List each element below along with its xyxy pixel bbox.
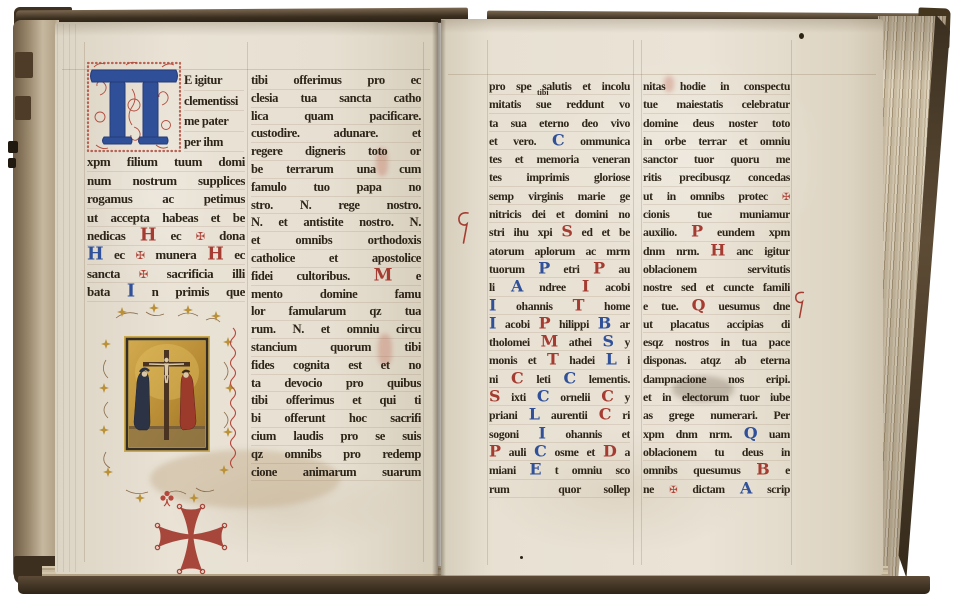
body-text: ta devocio pro quibus (251, 376, 421, 390)
body-text: scrip (752, 482, 790, 496)
body-text: disponas. atqz ab eterna (643, 353, 790, 367)
text-line: pro spe salutis et incolu (489, 77, 630, 95)
text-line: xpm dnm nrm. Q uam (643, 425, 790, 443)
body-text: ec (223, 247, 245, 262)
ruling-line (633, 40, 634, 565)
body-text: eundem xpm (703, 225, 790, 239)
illuminated-capital: H (207, 246, 223, 265)
clasp-strap-remnant (15, 96, 31, 120)
text-line: oblacionem tu deus in (643, 443, 790, 461)
body-text: tes et memoria veneran (489, 152, 630, 166)
illuminated-capital: H (87, 246, 103, 265)
body-text: lica quam pacificare. (251, 109, 421, 123)
illuminated-capital: P (691, 223, 703, 241)
text-line: per ihm (184, 132, 244, 153)
illuminated-capital: T (573, 297, 584, 315)
text-line: nedicas H ec ✠ dona (87, 227, 245, 246)
illuminated-capital: I (127, 283, 135, 302)
speck (799, 33, 804, 39)
illuminated-capital: P (538, 260, 550, 278)
text-line: rum. N. et omniu circu (251, 321, 421, 339)
illuminated-capital: P (489, 443, 501, 461)
body-text: etri (550, 262, 593, 276)
body-text: sanctor tuor quoru me (643, 152, 790, 166)
illuminated-capital: H (140, 227, 156, 246)
body-text: dnm nrm. (643, 244, 710, 258)
body-text: uam (757, 427, 790, 441)
body-text: ixti (500, 390, 537, 404)
illuminated-capital: S (561, 223, 572, 241)
body-text: aurentii (540, 408, 599, 422)
illuminated-capital: C (601, 388, 613, 406)
body-text: y (613, 390, 630, 404)
text-line: N. et antistite nostro. N. (251, 214, 421, 232)
red-cross-symbol: ✠ (139, 268, 148, 281)
body-text: leti (523, 372, 563, 386)
illuminated-capital: C (537, 388, 549, 406)
body-text: e tue. (643, 299, 692, 313)
body-text: cionis tue muniamur (643, 207, 790, 221)
illuminated-capital: S (489, 388, 500, 406)
illuminated-capital: I (489, 297, 496, 315)
illuminated-capital: Q (744, 425, 757, 443)
text-line: dampnacione nos eripi. (643, 370, 790, 388)
text-line: famulo tuo papa no (251, 179, 421, 197)
speck (520, 556, 523, 559)
body-text: home (584, 299, 630, 313)
text-line: qz omnibs pro redemp (251, 446, 421, 464)
illuminated-capital: B (756, 461, 769, 479)
illuminated-capital: A (511, 278, 523, 296)
body-text: e (769, 463, 790, 477)
illuminated-capital: L (529, 406, 540, 424)
text-line: dnm nrm. H anc igitur (643, 242, 790, 260)
text-line: ta devocio pro quibus (251, 375, 421, 393)
body-text: bata (87, 284, 127, 299)
right-column-2-text: nitas hodie in conspectutue maiestatis c… (643, 77, 790, 498)
body-text: auli (501, 445, 535, 459)
illuminated-capital: I (489, 315, 496, 333)
illuminated-capital: Q (692, 297, 705, 315)
body-text: domine deus noster toto (643, 116, 790, 130)
text-line: nitricis dei et domini no (489, 205, 630, 223)
illuminated-capital: S (603, 333, 614, 351)
text-line: sanctor tuor quoru me (643, 150, 790, 168)
body-text: tuorum (489, 262, 538, 276)
text-line: bata I n primis que (87, 283, 245, 302)
body-text: ec (103, 247, 135, 262)
body-text: fidei cultoribus. (251, 269, 374, 283)
manuscript-photo: E igiturclementissime paterper ihm xpm f… (0, 0, 956, 600)
body-text: ornelii (549, 390, 601, 404)
text-line: ritis precibusqz concedas (643, 168, 790, 186)
text-line: oblacionem servitutis (643, 260, 790, 278)
red-cross-symbol: ✠ (196, 230, 205, 243)
text-line: tibi offerimus et qui ti (251, 392, 421, 410)
text-line: tibi offerimus pro ec (251, 72, 421, 90)
red-cross-symbol: ✠ (136, 249, 145, 262)
body-text: n primis que (135, 284, 245, 299)
text-line: nostre sed et cuncte famili (643, 278, 790, 296)
body-text: ommunica (564, 134, 630, 148)
body-text: ut accepta habeas et be (87, 210, 245, 225)
illuminated-capital: H (710, 242, 725, 260)
body-text: athei (558, 335, 603, 349)
body-text: num nostrum supplices (87, 173, 245, 188)
body-text: lor famularum qz tua (251, 304, 421, 318)
body-text: in orbe terrar et omniu (643, 134, 790, 148)
body-text: sacrificia illi (148, 266, 245, 281)
body-text: ut placatus accipias di (643, 317, 790, 331)
body-text: tibi offerimus et qui ti (251, 393, 421, 407)
body-text: e (392, 269, 421, 283)
body-text: munera (145, 247, 208, 262)
text-line: cionis tue muniamur (643, 205, 790, 223)
body-text: i (616, 353, 630, 367)
right-column-1-text: pro spe salutis et incolumitatis sue red… (489, 77, 630, 498)
body-text: tibi offerimus pro ec (251, 73, 421, 87)
clasp-fitting (8, 141, 18, 153)
text-line: esqz nostros in tua pace (643, 333, 790, 351)
ruling-line (423, 42, 424, 562)
illuminated-capital: L (606, 351, 617, 369)
interlinear-gloss: tibi (537, 88, 549, 97)
ruling-line (84, 42, 85, 562)
text-line: miani E t omniu sco (489, 461, 630, 479)
text-line: E igitur (184, 70, 244, 91)
body-text: catholice et apostolice (251, 251, 421, 265)
votive-cross (150, 500, 232, 578)
illuminated-capital: A (740, 480, 752, 498)
body-text: ec (156, 228, 196, 243)
body-text: cione animarum suarum (251, 465, 421, 479)
red-chain-ornament (231, 328, 236, 468)
text-line: clesia tua sancta catho (251, 90, 421, 108)
text-line: stro. N. rege nostro. (251, 197, 421, 215)
text-line: clementissi (184, 91, 244, 112)
body-text: rogamus ac petimus (87, 191, 245, 206)
text-line: priani L aurentii C ri (489, 406, 630, 424)
text-line: regere digneris toto or (251, 143, 421, 161)
body-text: et omnibs orthodoxis (251, 233, 421, 247)
red-cross-symbol: ✠ (782, 192, 790, 203)
body-text: et in electorum tuor iube (643, 390, 790, 404)
illuminated-capital: P (593, 260, 605, 278)
illuminated-capital: C (534, 443, 546, 461)
body-text: esqz nostros in tua pace (643, 335, 790, 349)
text-line: fidei cultoribus. M e (251, 268, 421, 286)
body-text: ndree (523, 280, 582, 294)
illuminated-capital: D (603, 443, 616, 461)
body-text: tes imprimis gloriose (489, 170, 630, 184)
illuminated-capital: C (563, 370, 575, 388)
ruling-line (448, 74, 876, 75)
body-text: osme et (546, 445, 603, 459)
body-text: ar (611, 317, 630, 331)
body-text: xpm dnm nrm. (643, 427, 744, 441)
body-text: fides cognita est et no (251, 358, 421, 372)
body-text: dampnacione nos eripi. (643, 372, 790, 386)
text-line: stancium quorum tibi (251, 339, 421, 357)
body-text: monis et (489, 353, 547, 367)
illuminated-capital: C (511, 370, 523, 388)
body-text: rum. N. et omniu circu (251, 322, 421, 336)
text-line: lor famularum qz tua (251, 303, 421, 321)
illuminated-capital: I (582, 278, 589, 296)
body-text: regere digneris toto or (251, 144, 421, 158)
body-text: stri ihu xpi (489, 225, 561, 239)
body-text: be terrarum una cum (251, 162, 421, 176)
body-text: au (605, 262, 630, 276)
text-line: cium laudis pro se suis (251, 428, 421, 446)
text-line: semp virginis marie ge (489, 187, 630, 205)
text-line: as grege numerari. Per (643, 406, 790, 424)
text-line: S ixti C ornelii C y (489, 388, 630, 406)
text-line: sogoni I ohannis et (489, 425, 630, 443)
body-text: cium laudis pro se suis (251, 429, 421, 443)
body-text: xpm filium tuum domi (87, 154, 245, 169)
crucifixion-miniature (96, 300, 238, 508)
body-text: acobi (496, 317, 539, 331)
text-line: in orbe terrar et omniu (643, 132, 790, 150)
left-column-1-text: xpm filium tuum dominum nostrum supplice… (87, 153, 245, 302)
body-text: nostre sed et cuncte famili (643, 280, 790, 294)
text-line: fides cognita est et no (251, 357, 421, 375)
text-line: num nostrum supplices (87, 172, 245, 191)
illuminated-capital: P (539, 315, 551, 333)
text-line: tes et memoria veneran (489, 150, 630, 168)
illuminated-initial-T (86, 61, 182, 153)
body-text: oblacionem tu deus in (643, 445, 790, 459)
left-column-1-beside-initial: E igiturclementissime paterper ihm (184, 70, 244, 152)
body-text: auxilio. (643, 225, 691, 239)
body-text: stro. N. rege nostro. (251, 198, 421, 212)
paraph-mark (457, 210, 471, 246)
body-text: lementis. (576, 372, 630, 386)
initial-letter (91, 70, 178, 144)
body-text: ohannis (496, 299, 573, 313)
illuminated-capital: I (539, 425, 546, 443)
body-text: me pater (184, 114, 228, 128)
body-text: as grege numerari. Per (643, 408, 790, 422)
illuminated-capital: T (547, 351, 558, 369)
text-line: rogamus ac petimus (87, 190, 245, 209)
body-text: N. et antistite nostro. N. (251, 215, 421, 229)
text-line: et in electorum tuor iube (643, 388, 790, 406)
body-text: per ihm (184, 135, 223, 149)
text-line: ni C leti C lementis. (489, 370, 630, 388)
body-text: y (614, 335, 630, 349)
text-line: omnibs quesumus B e (643, 461, 790, 479)
clasp-strap-remnant (15, 52, 33, 78)
left-page-edge-lines (57, 24, 79, 572)
text-line: tes imprimis gloriose (489, 168, 630, 186)
text-line: xpm filium tuum domi (87, 153, 245, 172)
text-line: et omnibs orthodoxis (251, 232, 421, 250)
paraph-mark (794, 290, 806, 320)
body-text: bi offerunt hoc sacrifi (251, 411, 421, 425)
body-text: oblacionem servitutis (643, 262, 790, 276)
text-line: ne ✠ dictam A scrip (643, 480, 790, 498)
illuminated-capital: M (374, 268, 392, 286)
text-line: li A ndree I acobi (489, 278, 630, 296)
text-line: bi offerunt hoc sacrifi (251, 410, 421, 428)
body-text: t omniu sco (541, 463, 630, 477)
body-text: dona (205, 228, 245, 243)
body-text: clementissi (184, 94, 238, 108)
text-line: sancta ✠ sacrificia illi (87, 265, 245, 284)
body-text: acobi (589, 280, 630, 294)
text-line: be terrarum una cum (251, 161, 421, 179)
text-line: me pater (184, 111, 244, 132)
bottom-cover-edge (18, 576, 930, 594)
body-text: sancta (87, 266, 139, 281)
red-cross-symbol: ✠ (669, 485, 677, 496)
body-text: stancium quorum tibi (251, 340, 421, 354)
text-line: tue maiestatis celebratur (643, 95, 790, 113)
body-text: rum (489, 482, 509, 496)
body-text: sogoni (489, 427, 539, 441)
body-text: ri (611, 408, 630, 422)
body-text: ni (489, 372, 511, 386)
clasp-fitting (8, 158, 16, 168)
body-text: E igitur (184, 73, 222, 87)
text-line: disponas. atqz ab eterna (643, 351, 790, 369)
body-text: hadei (559, 353, 606, 367)
body-text: ed et be (572, 225, 630, 239)
body-text: omnibs quesumus (643, 463, 756, 477)
body-text: tholomei (489, 335, 541, 349)
gutter-shadow (432, 20, 446, 576)
body-text: ta sua eterno deo vivo (489, 116, 630, 130)
body-text: tue maiestatis celebratur (643, 97, 790, 111)
text-line: I ohannis T home (489, 297, 630, 315)
illuminated-capital: M (541, 333, 558, 351)
text-line: tuorum P etri P au (489, 260, 630, 278)
body-text: dictam (677, 482, 740, 496)
text-line: mento domine famu (251, 286, 421, 304)
text-line: stri ihu xpi S ed et be (489, 223, 630, 241)
illuminated-capital: B (598, 315, 611, 333)
body-text: clesia tua sancta catho (251, 91, 421, 105)
illuminated-capital: E (529, 461, 541, 479)
body-text: ritis precibusqz concedas (643, 170, 790, 184)
text-line: H ec ✠ munera H ec (87, 246, 245, 265)
body-text: ne (643, 482, 669, 496)
text-line: ut in omnibs protec ✠ (643, 187, 790, 205)
text-line: e tue. Q uesumus dne (643, 297, 790, 315)
body-text: quor sollep (535, 482, 630, 496)
illuminated-capital: C (599, 406, 611, 424)
text-line: ta sua eterno deo vivo (489, 114, 630, 132)
text-line: cione animarum suarum (251, 464, 421, 482)
body-text: ohannis et (546, 427, 630, 441)
text-line: catholice et apostolice (251, 250, 421, 268)
body-text: priani (489, 408, 529, 422)
text-line: P auli C osme et D a (489, 443, 630, 461)
text-line: ut placatus accipias di (643, 315, 790, 333)
text-line: et vero. C ommunica (489, 132, 630, 150)
body-text: famulo tuo papa no (251, 180, 421, 194)
text-line: ut accepta habeas et be (87, 209, 245, 228)
text-line: mitatis sue reddunt vo (489, 95, 630, 113)
text-line: domine deus noster toto (643, 114, 790, 132)
body-text: a (616, 445, 630, 459)
body-text: et vero. (489, 134, 552, 148)
text-line: custodire. adunare. et (251, 125, 421, 143)
text-line: auxilio. P eundem xpm (643, 223, 790, 241)
left-column-2-text: tibi offerimus pro ecclesia tua sancta c… (251, 72, 421, 481)
text-line: rum quor sollep (489, 480, 630, 498)
ruling-line (487, 40, 488, 565)
body-text: anc igitur (725, 244, 790, 258)
body-text: qz omnibs pro redemp (251, 447, 421, 461)
body-text: miani (489, 463, 529, 477)
body-text: semp virginis marie ge (489, 189, 630, 203)
body-text: custodire. adunare. et (251, 126, 421, 140)
body-text: nedicas (87, 228, 140, 243)
body-text: mento domine famu (251, 287, 421, 301)
illuminated-capital: C (552, 132, 564, 150)
body-text: nitas hodie in conspectu (643, 79, 790, 93)
text-line: atorum aplorum ac mrm (489, 242, 630, 260)
body-text: li (489, 280, 511, 294)
text-line: nitas hodie in conspectu (643, 77, 790, 95)
body-text: pro spe salutis et incolu (489, 79, 630, 93)
ruling-line (791, 40, 792, 565)
body-text: hilippi (550, 317, 598, 331)
body-text: nitricis dei et domini no (489, 207, 630, 221)
text-line: I acobi P hilippi B ar (489, 315, 630, 333)
ruling-line (641, 40, 642, 565)
body-text: ut in omnibs protec (643, 189, 782, 203)
text-line: monis et T hadei L i (489, 351, 630, 369)
text-line: tholomei M athei S y (489, 333, 630, 351)
body-text: atorum aplorum ac mrm (489, 244, 630, 258)
body-text: mitatis sue reddunt vo (489, 97, 630, 111)
text-line: lica quam pacificare. (251, 108, 421, 126)
body-text: uesumus dne (705, 299, 790, 313)
